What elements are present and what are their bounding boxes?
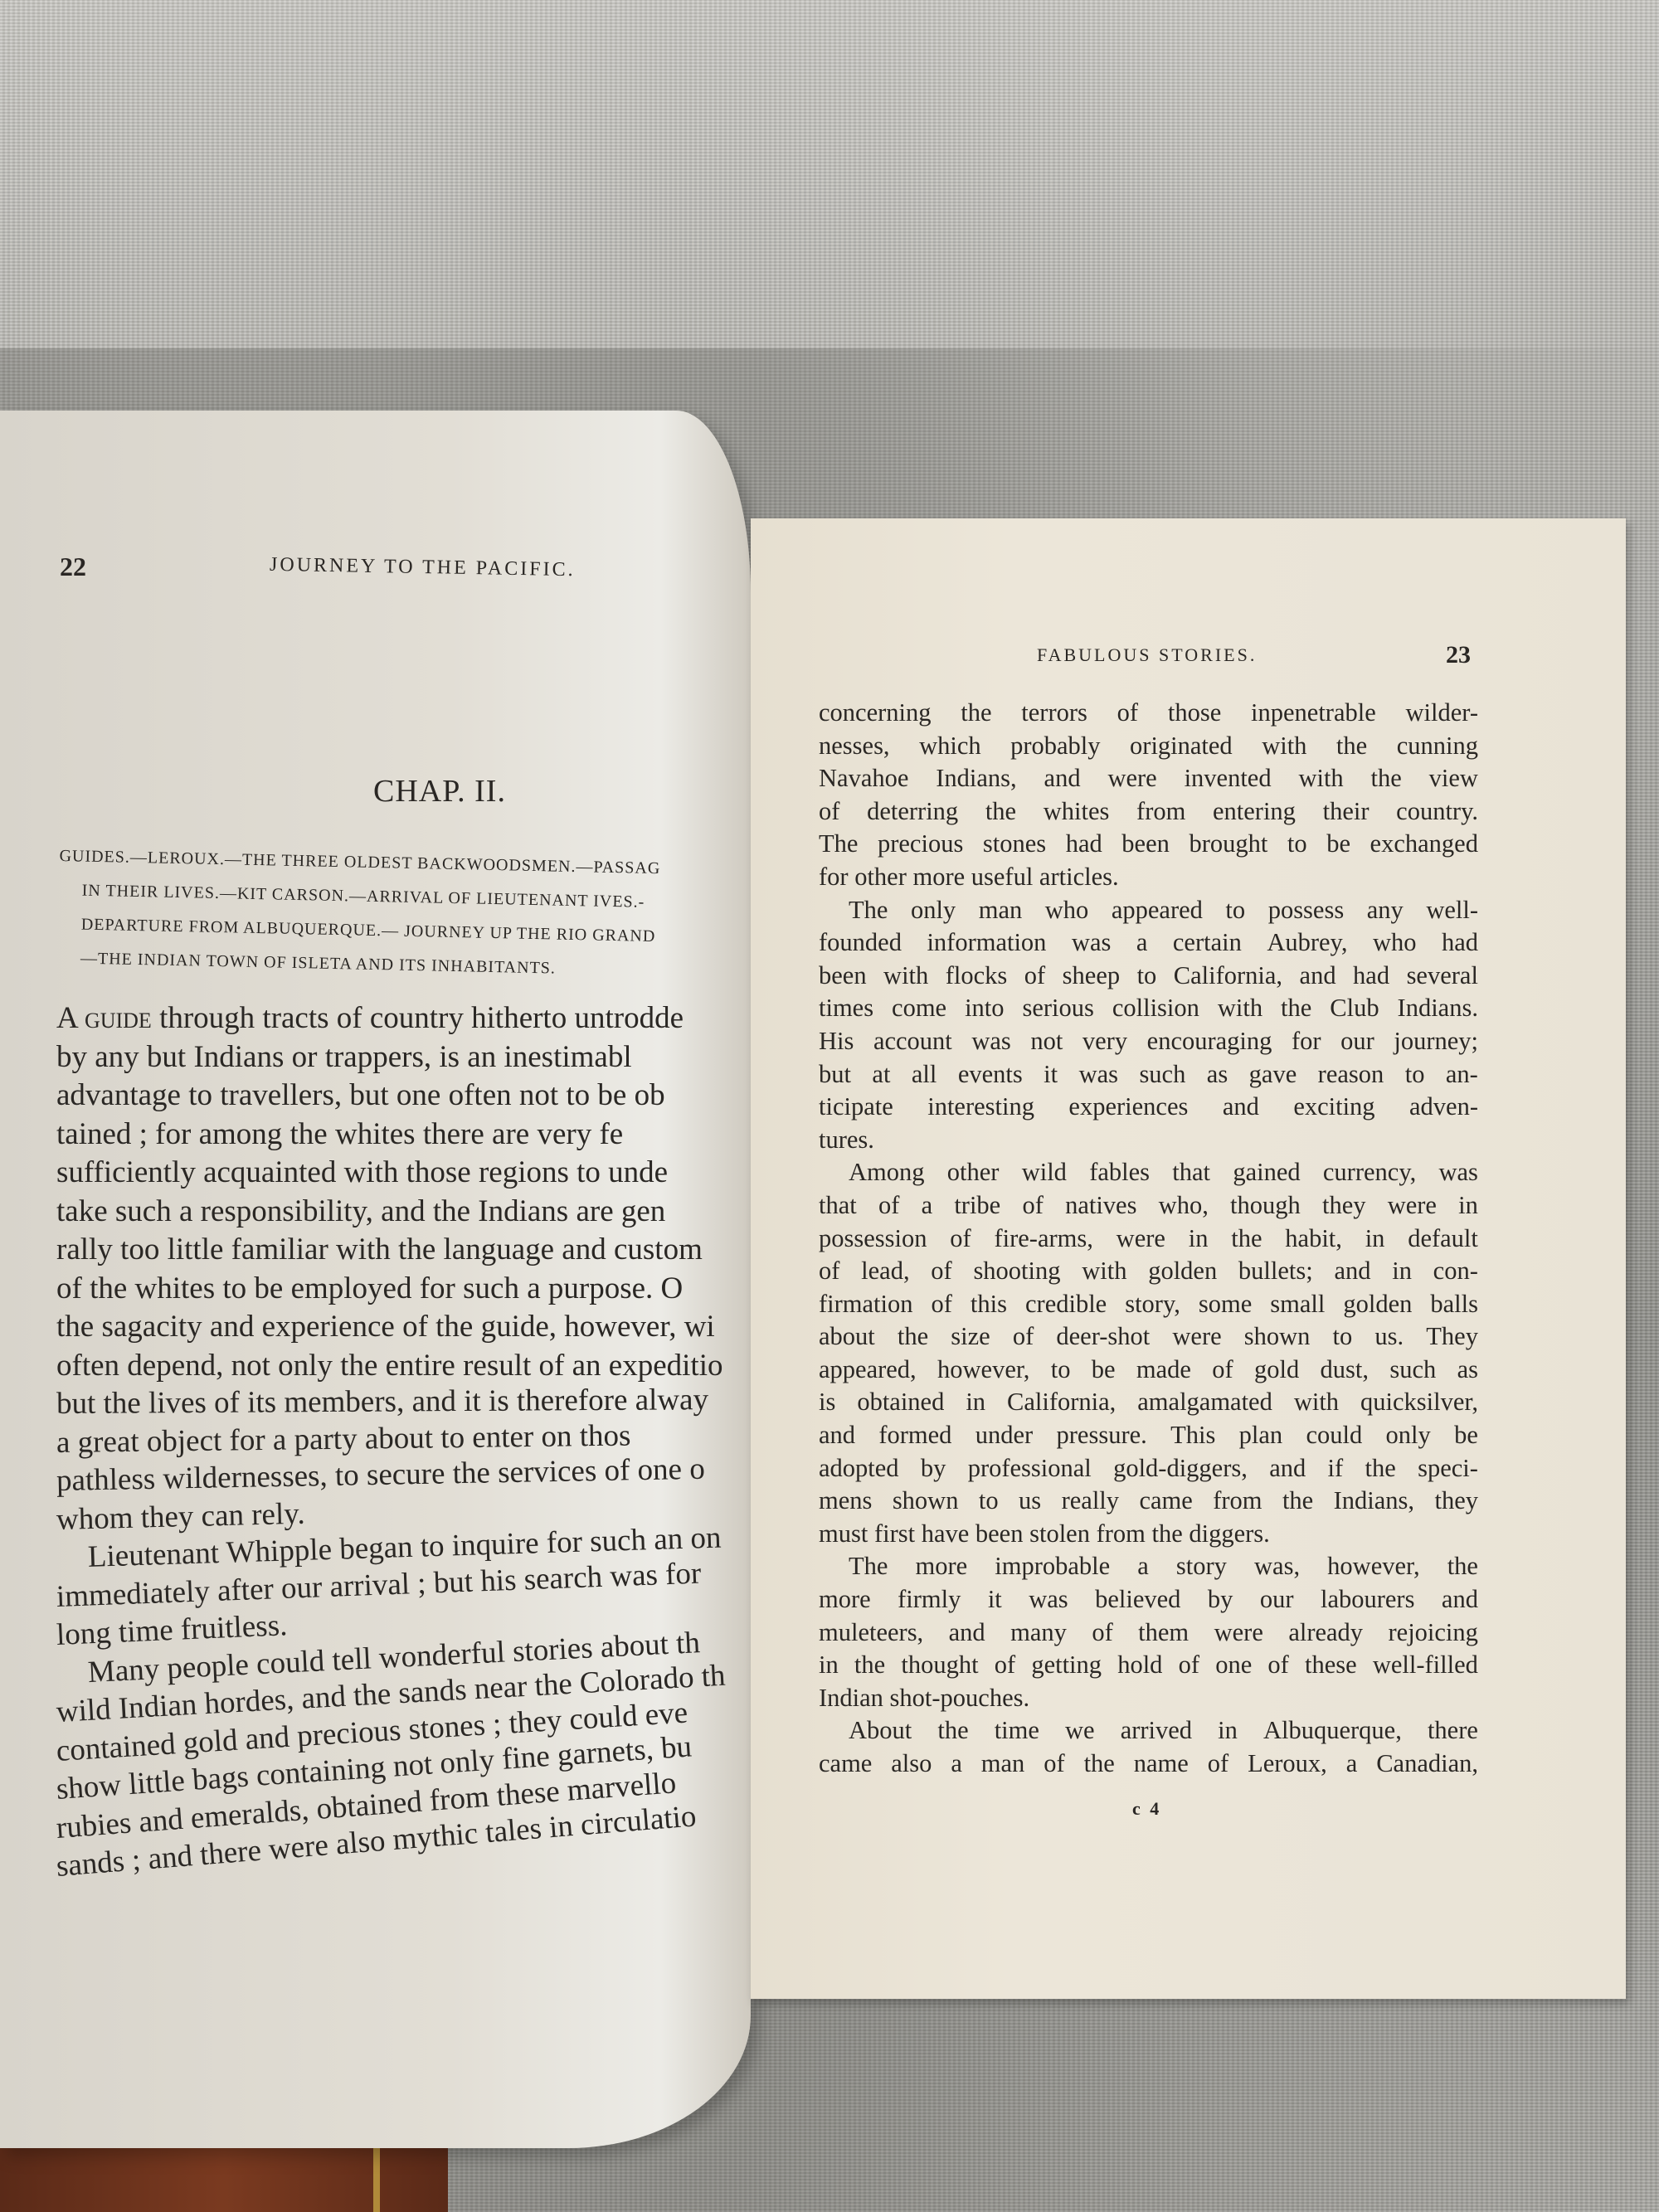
word: obtained [857,1386,944,1419]
word: and [1044,762,1081,795]
word: about [819,1320,875,1354]
word: to [1405,1058,1425,1091]
initial-letter: A [56,1001,85,1035]
word: appeared, [819,1354,917,1387]
word: mens [819,1485,872,1518]
line-text: through tracts of country hitherto untro… [152,1001,684,1035]
word: of [1117,697,1138,730]
word: and [819,1419,855,1452]
word: a [922,1189,933,1223]
word: About [849,1714,912,1748]
word: to [1137,960,1157,993]
word: they [1434,1485,1478,1518]
word: only [1386,1419,1431,1452]
word: to [979,1485,999,1518]
word: in [966,1386,985,1419]
word: however, [1327,1550,1419,1583]
word: into [965,992,1004,1025]
word: in [1458,1189,1478,1223]
text-line: adoptedbyprofessionalgold-diggers,andift… [819,1452,1478,1485]
word: such [1389,1354,1436,1387]
word: cunning [1397,730,1478,763]
word: from [1213,1485,1262,1518]
word: default [1408,1223,1478,1256]
text-line: butatalleventsitwassuchasgavereasontoan- [819,1058,1478,1091]
word: sheep [1063,960,1120,993]
word: of [1179,1649,1199,1682]
word: who, [1159,1189,1209,1223]
word: plan [1239,1419,1283,1452]
word: hold [1117,1649,1162,1682]
word: the [1365,1452,1396,1485]
word: Indians. [1398,992,1478,1025]
word: Aubrey, [1267,926,1347,960]
word: of [950,1223,971,1256]
word: fables [1089,1156,1150,1189]
word: was [971,1025,1010,1058]
word: in [819,1649,839,1682]
word: by [1208,1583,1233,1616]
word: in [1218,1714,1238,1748]
text-line: take such a responsibility, and the Indi… [56,1193,761,1232]
word: shown [893,1485,959,1518]
page-number-right: 23 [1446,641,1471,669]
word: well- [1426,894,1478,927]
word: firmly [898,1583,961,1616]
word: appeared [1112,894,1203,927]
word: This [1170,1419,1215,1452]
signature-mark: c 4 [1132,1798,1161,1820]
word: but [819,1058,851,1091]
word: California, [1007,1386,1116,1419]
word: the [898,1320,928,1354]
text-line: firmationofthiscrediblestory,somesmallgo… [819,1288,1478,1321]
text-line: must first have been stolen from the dig… [819,1518,1478,1551]
text-line: for other more useful articles. [819,861,1478,894]
word: in [1189,1223,1209,1256]
word: speci- [1418,1452,1478,1485]
word: which [919,730,981,763]
word: formed [878,1419,951,1452]
word: such [1139,1058,1185,1091]
word: The [849,1550,888,1583]
word: adopted [819,1452,899,1485]
word: Leroux, [1248,1748,1327,1781]
word: dust, [1321,1354,1369,1387]
word: very [1082,1025,1127,1058]
word: be [1454,1419,1478,1452]
word: as [1207,1058,1228,1091]
word: shooting [973,1255,1060,1288]
word: firmation [819,1288,913,1321]
word: probably [1010,730,1100,763]
word: flocks [946,960,1008,993]
word: well-filled [1373,1649,1478,1682]
word: the [1231,1223,1262,1256]
word: more [819,1583,871,1616]
word: possess [1268,894,1345,927]
word: to [1051,1354,1071,1387]
text-line: nesses,whichprobablyoriginatedwiththecun… [819,730,1478,763]
word: and [949,1616,985,1650]
word: this [971,1288,1007,1321]
word: journey; [1394,1025,1478,1058]
running-head-right: FABULOUS STORIES. [1037,644,1257,666]
text-line: mensshowntousreallycamefromtheIndians,th… [819,1485,1478,1518]
word: there [1428,1714,1478,1748]
word: of [1212,1354,1233,1387]
headband [373,2148,380,2212]
word: inpenetrable [1251,697,1376,730]
word: for [1292,1025,1321,1058]
word: been [1121,828,1170,861]
right-page-body: concerningtheterrorsofthoseinpenetrablew… [819,697,1478,1781]
book-cover-edge [0,2148,448,2212]
word: were [1172,1320,1221,1354]
word: more [916,1550,968,1583]
word: the [1447,1550,1478,1583]
word: events [958,1058,1023,1091]
word: improbable [995,1550,1110,1583]
text-line: andformedunderpressure.Thisplancouldonly… [819,1419,1478,1452]
word: nesses, [819,730,890,763]
word: of [1024,960,1045,993]
word: who [1373,926,1417,960]
word: interesting [927,1091,1034,1124]
word: exciting [1293,1091,1374,1124]
word: were [1107,762,1156,795]
word: getting [1031,1649,1102,1682]
word: had [1353,960,1389,993]
word: was [1438,1156,1477,1189]
text-line: Themoreimprobableastorywas,however,the [819,1550,1478,1583]
word: concerning [819,697,932,730]
word: at [872,1058,890,1091]
word: balls [1430,1288,1478,1321]
word: shown [1244,1320,1311,1354]
word: had [1066,828,1102,861]
word: of [1208,1748,1228,1781]
word: gold-diggers, [1113,1452,1248,1485]
word: with [1218,992,1262,1025]
word: collision [1112,992,1199,1025]
word: with [1262,730,1306,763]
word: in [1392,1255,1412,1288]
word: they [1322,1189,1366,1223]
text-line: aboutthesizeofdeer-shotwereshowntous.The… [819,1320,1478,1354]
word: of [819,795,839,829]
text-line: the sagacity and experience of the guide… [56,1308,761,1347]
word: some [1199,1288,1252,1321]
word: had [1442,926,1478,960]
word: was, [1254,1550,1300,1583]
text-line: Hisaccountwasnotveryencouragingforourjou… [819,1025,1478,1058]
word: as [1457,1354,1478,1387]
text-line: inthethoughtofgettingholdofoneofthesewel… [819,1649,1478,1682]
word: thought [901,1649,978,1682]
word: to [1287,828,1307,861]
word: Among [849,1156,925,1189]
word: our [1260,1583,1294,1616]
text-line: muleteers,andmanyofthemwerealreadyrejoic… [819,1616,1478,1650]
word: gained [1233,1156,1300,1189]
word: rejoicing [1389,1616,1478,1650]
word: pressure. [1057,1419,1147,1452]
word: His [819,1025,854,1058]
word: a [1346,1748,1358,1781]
word: encouraging [1147,1025,1272,1058]
chapter-title: CHAP. II. [373,773,506,809]
word: story [1176,1550,1227,1583]
text-line: sufficiently acquainted with those regio… [56,1154,761,1193]
text-line: timescomeintoseriouscollisionwiththeClub… [819,992,1478,1025]
word: many [1010,1616,1067,1650]
word: one [1215,1649,1252,1682]
text-line: possessionoffire-arms,wereinthehabit,ind… [819,1223,1478,1256]
word: California, [1174,960,1282,993]
chapter-synopsis: GUIDES.—LEROUX.—THE THREE OLDEST BACKWOO… [57,839,757,990]
word: also [891,1748,932,1781]
word: the [985,795,1016,829]
word: the [1371,762,1402,795]
word: with [1294,1386,1339,1419]
word: arrived [1121,1714,1192,1748]
word: Albuquerque, [1263,1714,1402,1748]
text-line: camealsoamanofthenameofLeroux,aCanadian, [819,1748,1478,1781]
word: from [1136,795,1185,829]
word: us [1019,1485,1041,1518]
word: founded [819,926,902,960]
text-line: morefirmlyitwasbelievedbyourlabourersand [819,1583,1478,1616]
word: believed [1095,1583,1180,1616]
word: in [1365,1223,1385,1256]
word: and [1334,1255,1370,1288]
word: precious [878,828,963,861]
text-line: oflead,ofshootingwithgoldenbullets;andin… [819,1255,1478,1288]
text-line: by any but Indians or trappers, is an in… [56,1038,761,1077]
text-line: advantage to travellers, but one often n… [56,1077,761,1116]
word: and [1269,1452,1306,1485]
word: Canadian, [1376,1748,1478,1781]
word: of [878,1189,899,1223]
word: deer-shot [1056,1320,1150,1354]
word: The [819,828,858,861]
word: man [979,894,1023,927]
word: a [951,1748,962,1781]
word: our [1340,1025,1374,1058]
word: the [1282,1485,1313,1518]
word: fire-arms, [994,1223,1092,1256]
word: golden [1148,1255,1217,1288]
text-line: tures. [819,1124,1478,1157]
word: that [819,1189,857,1223]
word: were [1117,1223,1165,1256]
word: information [927,926,1046,960]
word: reason [1318,1058,1384,1091]
word: and [1300,960,1336,993]
word: us. [1374,1320,1404,1354]
word: man [981,1748,1025,1781]
word: their [1323,795,1370,829]
word: labourers [1321,1583,1414,1616]
word: lead, [861,1255,909,1288]
word: really [1062,1485,1119,1518]
word: invented [1185,762,1272,795]
word: times [819,992,873,1025]
word: to [1225,894,1245,927]
text-line: NavahoeIndians,andwereinventedwiththevie… [819,762,1478,795]
text-line: AboutthetimewearrivedinAlbuquerque,there [819,1714,1478,1748]
word: an- [1446,1058,1478,1091]
word: currency, [1323,1156,1416,1189]
word: however, [937,1354,1029,1387]
word: Indians, [1334,1485,1414,1518]
page-number-left: 22 [60,552,86,582]
word: was [1072,926,1111,960]
word: muleteers, [819,1616,923,1650]
word: bullets; [1238,1255,1313,1288]
word: be [1092,1354,1116,1387]
word: deterring [867,795,958,829]
word: if [1328,1452,1344,1485]
word: were [1214,1616,1263,1650]
word: amalgamated [1137,1386,1272,1419]
word: whites [1044,795,1110,829]
word: of [1267,1649,1288,1682]
text-line: often depend, not only the entire result… [56,1347,761,1386]
word: possession [819,1223,927,1256]
word: experiences [1068,1091,1188,1124]
word: entering [1213,795,1296,829]
text-line: ofdeterringthewhitesfromenteringtheircou… [819,795,1478,829]
word: tribe [954,1189,1000,1223]
word: any [1367,894,1404,927]
word: view [1429,762,1478,795]
word: to [1333,1320,1353,1354]
word: adven- [1409,1091,1478,1124]
word: the [1281,992,1311,1025]
word: it [988,1583,1002,1616]
word: wild [1022,1156,1067,1189]
word: already [1288,1616,1363,1650]
word: quicksilver, [1360,1386,1478,1419]
word: was [1029,1583,1068,1616]
word: small [1270,1288,1325,1321]
word: Club [1330,992,1379,1025]
word: of [1044,1748,1064,1781]
word: The [849,894,888,927]
word: under [975,1419,1033,1452]
text-line: appeared,however,tobemadeofgolddust,such… [819,1354,1478,1387]
text-line: rally too little familiar with the langu… [56,1231,761,1270]
word: terrors [1021,697,1087,730]
word: was [1079,1058,1118,1091]
word: They [1426,1320,1478,1354]
word: stones [983,828,1046,861]
word: been [819,960,867,993]
word: came [1139,1485,1192,1518]
word: con- [1433,1255,1478,1288]
word: though [1230,1189,1301,1223]
word: habit, [1285,1223,1342,1256]
word: and [1223,1091,1259,1124]
text-line: concerningtheterrorsofthoseinpenetrablew… [819,697,1478,730]
word: with [1082,1255,1126,1288]
word: Navahoe [819,762,908,795]
text-line: Indian shot-pouches. [819,1682,1478,1715]
word: other [947,1156,1000,1189]
word: only [911,894,956,927]
word: who [1045,894,1089,927]
word: brought [1189,828,1267,861]
word: and [1442,1583,1478,1616]
word: came [819,1748,872,1781]
word: of [1013,1320,1034,1354]
text-line: Amongotherwildfablesthatgainedcurrency,w… [819,1156,1478,1189]
word: all [912,1058,937,1091]
word: be [1326,828,1350,861]
text-line: A guide through tracts of country hither… [56,999,761,1038]
word: gold [1254,1354,1299,1387]
word: a [1136,926,1148,960]
word: golden [1343,1288,1412,1321]
word: were [1388,1189,1437,1223]
word: account [873,1025,952,1058]
word: is [819,1386,835,1419]
word: story, [1125,1288,1180,1321]
word: size [951,1320,990,1354]
word: country. [1396,795,1478,829]
word: of [819,1255,839,1288]
word: we [1065,1714,1095,1748]
word: those [1168,697,1221,730]
word: exchanged [1370,828,1478,861]
word: time [995,1714,1039,1748]
text-line: Thepreciousstoneshadbeenbroughttobeexcha… [819,828,1478,861]
text-line: isobtainedinCalifornia,amalgamatedwithqu… [819,1386,1478,1419]
word: by [921,1452,946,1485]
word: the [937,1714,968,1748]
word: could [1306,1419,1362,1452]
word: the [854,1649,885,1682]
text-line: tained ; for among the whites there are … [56,1116,761,1155]
word: of [1022,1189,1043,1223]
word: with [1298,762,1343,795]
text-line: Theonlymanwhoappearedtopossessanywell- [819,894,1478,927]
word: made [1136,1354,1191,1387]
word: originated [1130,730,1233,763]
word: a [1137,1550,1149,1583]
word: certain [1173,926,1242,960]
word: of [932,1288,952,1321]
word: name [1134,1748,1189,1781]
word: gave [1249,1058,1297,1091]
text-line: thatofatribeofnativeswho,thoughtheywerei… [819,1189,1478,1223]
word: professional [968,1452,1092,1485]
text-line: beenwithflocksofsheeptoCalifornia,andhad… [819,960,1478,993]
running-head-left: JOURNEY TO THE PACIFIC. [270,554,576,581]
word: that [1172,1156,1210,1189]
word: ticipate [819,1091,893,1124]
word: of [1092,1616,1112,1650]
word: natives [1065,1189,1136,1223]
word: the [1084,1748,1115,1781]
word: of [995,1649,1015,1682]
word: Indians, [936,762,1016,795]
word: them [1138,1616,1189,1650]
text-line: of the whites to be employed for such a … [56,1270,761,1309]
word: these [1305,1649,1357,1682]
